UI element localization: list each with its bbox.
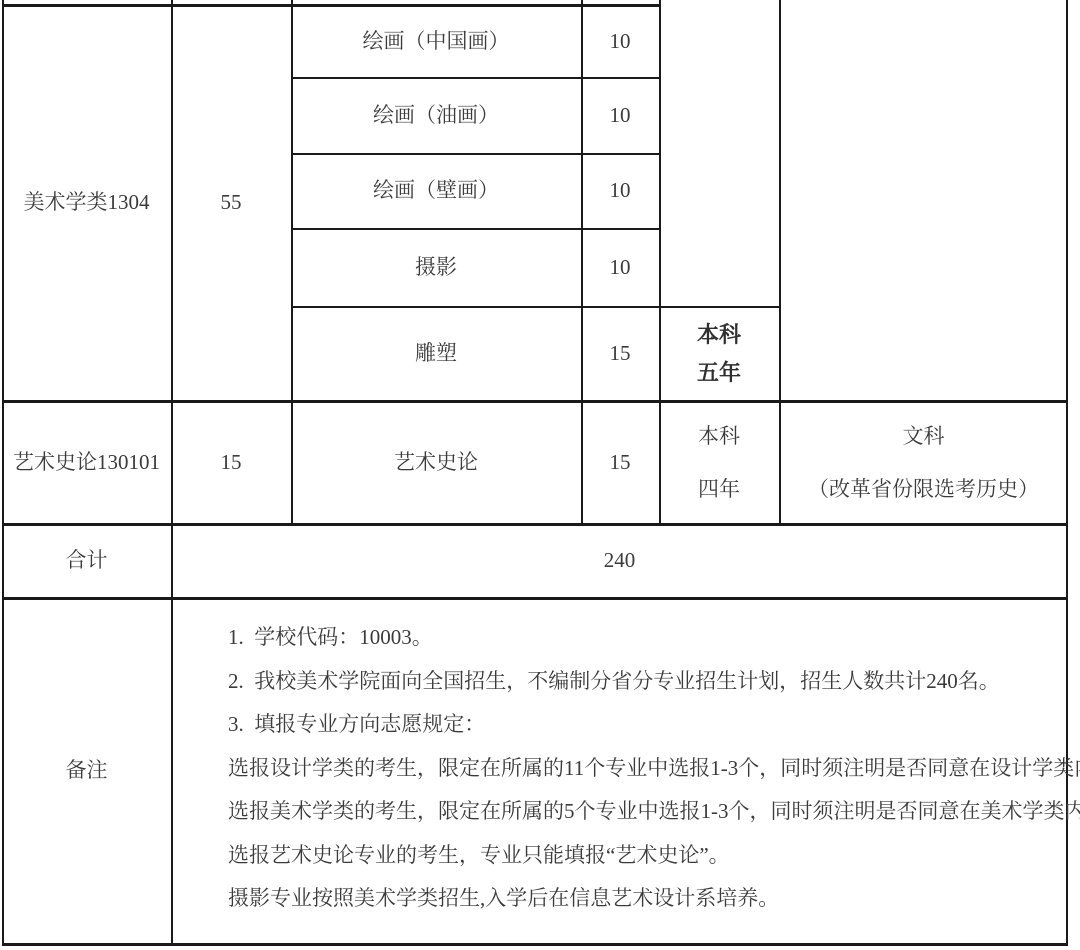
direction-quota-cell: 15 — [583, 403, 657, 522]
duration-line: 五年 — [697, 354, 741, 392]
direction-quota-cell: 15 — [583, 308, 657, 399]
note-line: 3. 填报专业方向志愿规定： — [228, 703, 1046, 747]
direction-quota-cell: 10 — [583, 79, 657, 152]
direction-name-cell: 雕塑 — [293, 308, 579, 399]
notes-row-label: 备注 — [4, 600, 169, 942]
note-line: 2. 我校美术学院面向全国招生，不编制分省分专业招生计划，招生人数共计240名。 — [228, 660, 1046, 704]
category-cell-art-history: 艺术史论130101 — [4, 403, 169, 522]
track-line: 文科 — [903, 410, 945, 463]
category-total-cell: 15 — [173, 403, 289, 522]
notes-content: 1. 学校代码：10003。 2. 我校美术学院面向全国招生，不编制分省分专业招… — [173, 600, 1066, 942]
direction-name-cell: 摄影 — [293, 230, 579, 305]
note-line: 选报艺术史论专业的考生，专业只能填报“艺术史论”。 — [228, 834, 1046, 878]
duration-line: 本科 — [698, 410, 740, 463]
table-border-line — [2, 943, 1068, 946]
direction-name-cell: 艺术史论 — [293, 403, 579, 522]
duration-line: 本科 — [697, 316, 741, 354]
admission-plan-table: 美术学类1304 55 绘画（中国画） 10 绘画（油画） 10 绘画（壁画） … — [0, 0, 1080, 950]
direction-quota-cell: 10 — [583, 7, 657, 76]
note-line: 选报美术学类的考生，限定在所属的5个专业中选报1-3个，同时须注明是否同意在美术… — [228, 790, 1046, 834]
direction-name-cell: 绘画（中国画） — [293, 7, 579, 76]
track-line: （改革省份限选考历史） — [808, 463, 1039, 516]
track-cell: 文科 （改革省份限选考历史） — [781, 403, 1066, 522]
duration-cell-four-year: 本科 四年 — [661, 403, 777, 522]
direction-name-cell: 绘画（壁画） — [293, 155, 579, 227]
direction-quota-cell: 10 — [583, 155, 657, 227]
duration-cell-five-year: 本科 五年 — [661, 308, 777, 399]
direction-name-cell: 绘画（油画） — [293, 79, 579, 152]
direction-quota-cell: 10 — [583, 230, 657, 305]
note-line: 1. 学校代码：10003。 — [228, 616, 1046, 660]
duration-line: 四年 — [698, 463, 740, 516]
note-line: 选报设计学类的考生，限定在所属的11个专业中选报1-3个，同时须注明是否同意在设… — [228, 747, 1046, 791]
total-row-value: 240 — [173, 526, 1066, 596]
note-line: 摄影专业按照美术学类招生,入学后在信息艺术设计系培养。 — [228, 877, 1046, 921]
total-row-label: 合计 — [4, 526, 169, 596]
category-total-cell: 55 — [173, 7, 289, 399]
category-cell-fine-arts: 美术学类1304 — [4, 7, 169, 399]
